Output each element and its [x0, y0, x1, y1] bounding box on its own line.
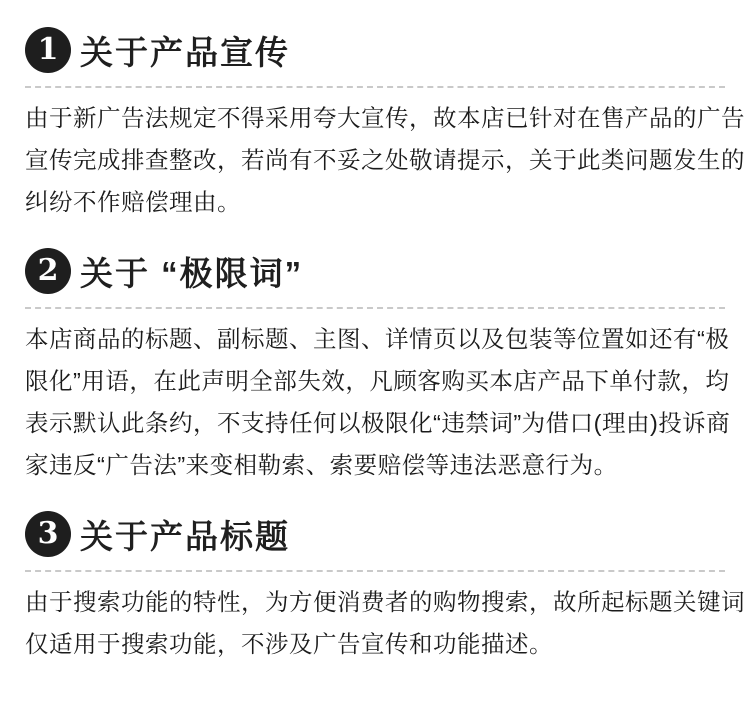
paragraph-line: 表示默认此条约，不支持任何以极限化“违禁词”为借口(理由)投诉商 [25, 402, 725, 444]
section-header: 2 关于 “极限词” [25, 247, 725, 295]
number-badge-circle: 3 [25, 511, 71, 557]
paragraph-line: 家违反“广告法”来变相勒索、索要赔偿等违法恶意行为。 [25, 444, 725, 486]
section-number: 1 [38, 35, 59, 65]
dashed-divider [25, 86, 725, 88]
paragraph-line: 本店商品的标题、副标题、主图、详情页以及包装等位置如还有“极 [25, 318, 725, 360]
section-header: 1 关于产品宣传 [25, 26, 725, 74]
section-product-promotion: 1 关于产品宣传 由于新广告法规定不得采用夸大宣传，故本店已针对在售产品的广告 … [25, 26, 725, 223]
section-header: 3 关于产品标题 [25, 510, 725, 558]
section-number: 2 [38, 256, 59, 286]
section-title: 关于 “极限词” [80, 248, 303, 295]
paragraph-line: 由于搜索功能的特性，为方便消费者的购物搜索，故所起标题关键词 [25, 581, 725, 623]
section-product-title: 3 关于产品标题 由于搜索功能的特性，为方便消费者的购物搜索，故所起标题关键词 … [25, 510, 725, 665]
paragraph-line: 限化”用语，在此声明全部失效，凡顾客购买本店产品下单付款，均 [25, 360, 725, 402]
section-paragraph: 由于新广告法规定不得采用夸大宣传，故本店已针对在售产品的广告 宣传完成排查整改，… [25, 97, 725, 223]
section-title: 关于产品标题 [80, 511, 290, 558]
paragraph-line: 仅适用于搜索功能，不涉及广告宣传和功能描述。 [25, 623, 725, 665]
section-number: 3 [38, 519, 59, 549]
paragraph-line: 宣传完成排查整改，若尚有不妥之处敬请提示，关于此类问题发生的 [25, 139, 725, 181]
paragraph-line: 纠纷不作赔偿理由。 [25, 181, 725, 223]
section-paragraph: 本店商品的标题、副标题、主图、详情页以及包装等位置如还有“极 限化”用语，在此声… [25, 318, 725, 486]
number-badge-circle: 2 [25, 248, 71, 294]
section-paragraph: 由于搜索功能的特性，为方便消费者的购物搜索，故所起标题关键词 仅适用于搜索功能，… [25, 581, 725, 665]
number-badge-circle: 1 [25, 27, 71, 73]
paragraph-line: 由于新广告法规定不得采用夸大宣传，故本店已针对在售产品的广告 [25, 97, 725, 139]
dashed-divider [25, 570, 725, 572]
section-extreme-words: 2 关于 “极限词” 本店商品的标题、副标题、主图、详情页以及包装等位置如还有“… [25, 247, 725, 486]
section-title: 关于产品宣传 [80, 27, 290, 74]
dashed-divider [25, 307, 725, 309]
